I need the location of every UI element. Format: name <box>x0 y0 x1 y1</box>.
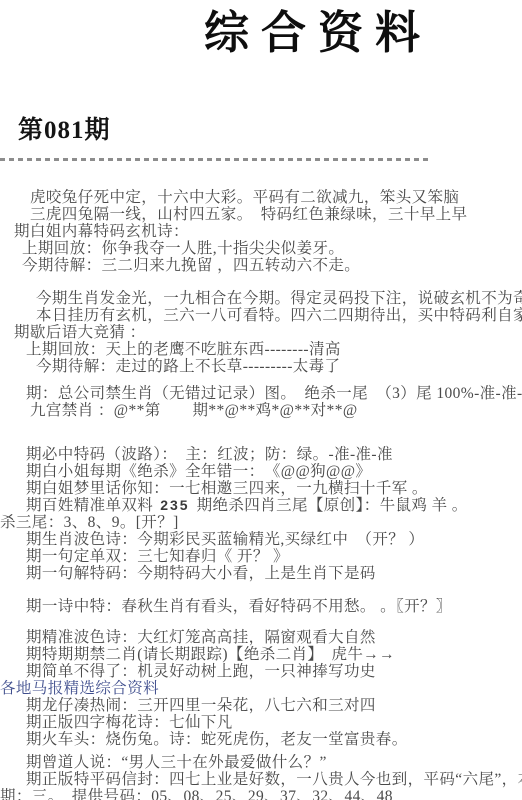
poem-line-1: 虎咬兔仔死中定，十六中大彩。平码有二欲减九，笨头又笨脑 <box>0 189 522 206</box>
last-issue-replay-1: 上期回放：你争我夺一人胜,十指尖尖似姜牙。 <box>0 240 522 257</box>
zodiac-poem-line-2: 本日挂历有玄机，三六一八可看特。四六二四期待出，买中特码利自家。 <box>0 307 522 324</box>
baijie-poem-header: 期白姐内幕特码玄机诗： <box>0 223 522 240</box>
danshuang-suffix: 期绝杀四肖三尾【原创】：牛鼠鸡 羊 。 <box>197 497 468 514</box>
one-poem-tema-line: 期一诗中特：春秋生肖有看头，看好特码不用愁。 。〖开？〗 <box>0 598 522 615</box>
section-forbidden-zodiac: 期：总公司禁生肖（无错过记录）图。 绝杀一尾 （3）尾 100%-准-准-准 九… <box>0 385 522 419</box>
wave-route-line: 期必中特码（波路）： 主：红波；防：绿。-准-准-准 <box>0 446 522 463</box>
one-sentence-danshuang-line: 期一句定单双：三七知春归《 开？ 》 <box>0 548 522 565</box>
page-title: 综合资料 <box>204 8 432 60</box>
provided-numbers-line: 期：三。 提供号码：05、08、25、29、37、32、44、48 <box>0 788 522 800</box>
current-issue-hint-1: 今期待解：三二归来九挽留 ，四五转动六不走。 <box>0 257 522 274</box>
section-tips-list: 期必中特码（波路）： 主：红波；防：绿。-准-准-准 期白小姐每期《绝杀》全年错… <box>0 446 522 582</box>
section-mystery-poem: 虎咬兔仔死中定，十六中大彩。平码有二欲减九，笨头又笨脑 三虎四兔隔一线，山村四五… <box>0 189 522 274</box>
meihua-poem-line: 期正版四字梅花诗：七仙下凡 <box>0 714 522 731</box>
simple-hint-line: 期简单不得了：机灵好动树上跑，一只神捧写功史 <box>0 663 522 680</box>
zengdaoren-quote-line: 期曾道人说：“男人三十在外最爱做什么？” <box>0 754 522 771</box>
dream-words-line: 期白姐梦里话你知：一七相邀三四来，一九横扫十千军 。 <box>0 480 522 497</box>
danshuang-prefix: 期百姓精准单双料 <box>26 497 153 514</box>
dashed-divider <box>0 158 432 161</box>
section-zengdaoren: 期曾道人说：“男人三十在外最爱做什么？” 期正版特平码信封：四七上业是好数，一八… <box>0 754 522 800</box>
one-sentence-tema-line: 期一句解特码：今期特码大小看，上是生肖下是码 <box>0 565 522 582</box>
longzai-line: 期龙仔凑热闹：三开四里一朵花，八七六和三对四 <box>0 697 522 714</box>
forbidden-two-zodiac-line: 期特期期禁二肖(请长期跟踪)【绝杀二肖】 虎牛→→ <box>0 646 522 663</box>
juesha-line: 期白小姐每期《绝杀》全年错一： 《@@狗@@》 <box>0 463 522 480</box>
mabao-selected-header: 各地马报精选综合资料 <box>0 680 522 697</box>
jiugong-forbidden-line: 九宫禁肖 ：@**第 期**@**鸡*@**对**@ <box>0 402 522 419</box>
zodiac-poem-line-1: 今期生肖发金光，一九相合在今期。得定灵码投下注，说破玄机不为奇。 <box>0 290 522 307</box>
section-poem-tema: 期一诗中特：春秋生肖有看头，看好特码不用愁。 。〖开？〗 <box>0 598 522 615</box>
section-selected-info: 期精准波色诗：大红灯笼高高挂，隔窗观看大自然 期特期期禁二肖(请长期跟踪)【绝杀… <box>0 629 522 748</box>
section-riddle: 今期生肖发金光，一九相合在今期。得定灵码投下注，说破玄机不为奇。 本日挂历有玄机… <box>0 290 522 375</box>
huochetou-line: 期火车头：烧伤兔。诗：蛇死虎伤，老友一堂富贵春。 <box>0 731 522 748</box>
comprehensive-info-page: 综合资料 第081期 虎咬兔仔死中定，十六中大彩。平码有二欲减九，笨头又笨脑 三… <box>0 8 522 800</box>
precise-wave-poem-line: 期精准波色诗：大红灯笼高高挂，隔窗观看大自然 <box>0 629 522 646</box>
danshuang-line: 期百姓精准单双料235期绝杀四肖三尾【原创】：牛鼠鸡 羊 。 <box>0 497 522 514</box>
danshuang-number: 235 <box>153 497 196 513</box>
poem-line-2: 三虎四兔隔一线，山村四五家。 特码红色兼绿味，三十早上早 <box>0 206 522 223</box>
zodiac-wave-poem-line: 期生肖波色诗：今期彩民买蓝输精光,买绿红中 （开？ ） <box>0 531 522 548</box>
issue-number: 第081期 <box>18 110 522 146</box>
current-issue-hint-2: 今期待解：走过的路上不长草---------太毒了 <box>0 358 522 375</box>
xiehouyu-header: 期歇后语大竞猜 ： <box>0 324 522 341</box>
last-issue-replay-2: 上期回放：天上的老鹰不吃脏东西--------清高 <box>0 341 522 358</box>
forbidden-zodiac-line: 期：总公司禁生肖（无错过记录）图。 绝杀一尾 （3）尾 100%-准-准-准 <box>0 385 522 402</box>
envelope-line: 期正版特平码信封：四七上业是好数，一八贵人今也到，平码“六尾”，本 <box>0 771 522 788</box>
sha-sanwei-line: 杀三尾：3、8、9。[开？] <box>0 514 522 531</box>
